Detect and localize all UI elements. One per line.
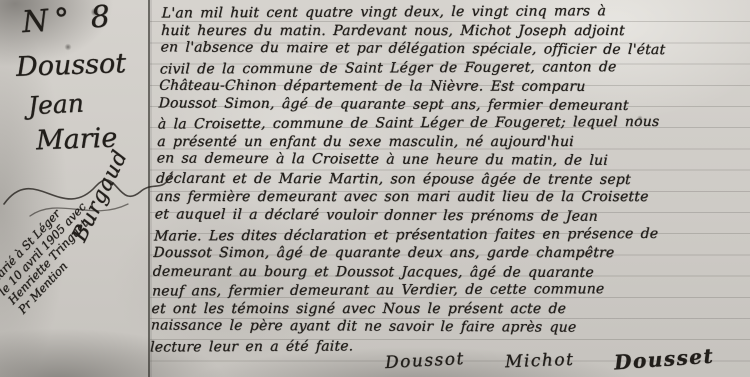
child-surname: Doussot xyxy=(15,48,126,83)
signature-michot: Michot xyxy=(505,350,575,372)
signature-dousset: Dousset xyxy=(614,344,716,375)
body-line: à la Croisette, commune de Saint Léger d… xyxy=(158,113,750,135)
body-line: déclarant et de Marie Martin, son épouse… xyxy=(156,170,749,190)
body-line: huit heures du matin. Pardevant nous, Mi… xyxy=(161,22,750,41)
margin-column: N° 8 Doussot Jean Marie Marié à St Léger… xyxy=(0,0,150,377)
body-line: a présenté un enfant du sexe masculin, n… xyxy=(157,133,750,152)
signature-doussot: Doussot xyxy=(385,349,466,373)
body-line: et auquel il a déclaré vouloir donner le… xyxy=(154,205,747,227)
act-body-text: L'an mil huit cent quatre vingt deux, le… xyxy=(150,3,750,355)
signatures-row: Doussot Michot Dousset xyxy=(385,347,714,371)
manuscript-register-page: N° 8 Doussot Jean Marie Marié à St Léger… xyxy=(0,0,750,377)
body-line: Marie. Les dites déclaration et présenta… xyxy=(154,224,747,246)
body-line: Doussot Simon, âgé de quarante deux ans,… xyxy=(153,244,746,263)
body-line: neuf ans, fermier demeurant au Verdier, … xyxy=(152,280,745,302)
body-line: et ont les témoins signé avec Nous le pr… xyxy=(151,300,744,319)
child-firstname: Jean xyxy=(27,89,84,121)
body-line: ans fermière demeurant avec son mari aud… xyxy=(155,188,748,207)
body-line: en sa demeure à la Croisette à une heure… xyxy=(156,150,749,172)
body-line: L'an mil huit cent quatre vingt deux, le… xyxy=(162,1,750,23)
body-line: civil de la commune de Saint Léger de Fo… xyxy=(160,57,750,79)
act-number: N° 8 xyxy=(21,0,117,40)
